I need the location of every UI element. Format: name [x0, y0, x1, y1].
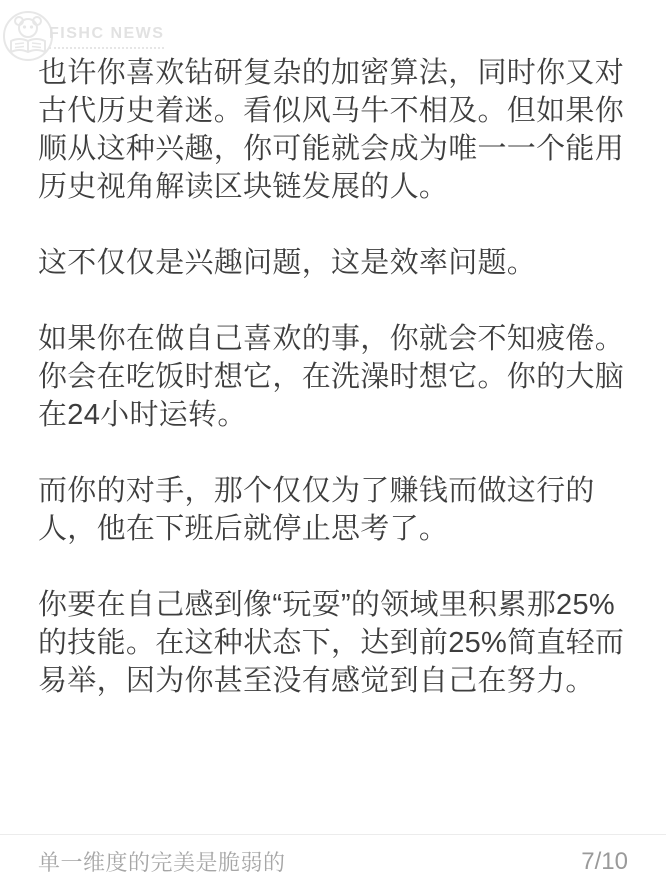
- footer-title: 单一维度的完美是脆弱的: [38, 846, 286, 877]
- paragraph-4: 而你的对手，那个仅仅为了赚钱而做这行的人，他在下班后就停止思考了。: [38, 472, 632, 548]
- paragraph-1: 也许你喜欢钻研复杂的加密算法，同时你又对古代历史着迷。看似风马牛不相及。但如果你…: [38, 54, 632, 206]
- paragraph-2: 这不仅仅是兴趣问题，这是效率问题。: [38, 244, 632, 282]
- paragraph-3: 如果你在做自己喜欢的事，你就会不知疲倦。你会在吃饭时想它，在洗澡时想它。你的大脑…: [38, 320, 632, 434]
- footer-bar: 单一维度的完美是脆弱的 7/10: [0, 834, 666, 888]
- page-indicator: 7/10: [581, 848, 628, 876]
- article-content: 也许你喜欢钻研复杂的加密算法，同时你又对古代历史着迷。看似风马牛不相及。但如果你…: [38, 54, 632, 700]
- article-page: FISHC NEWS 也许你喜欢钻研复杂的加密算法，同时你又对古代历史着迷。看似…: [0, 0, 666, 888]
- paragraph-5: 你要在自己感到像“玩耍”的领域里积累那25%的技能。在这种状态下，达到前25%简…: [38, 586, 632, 700]
- watermark-brand-text: FISHC NEWS: [49, 25, 164, 49]
